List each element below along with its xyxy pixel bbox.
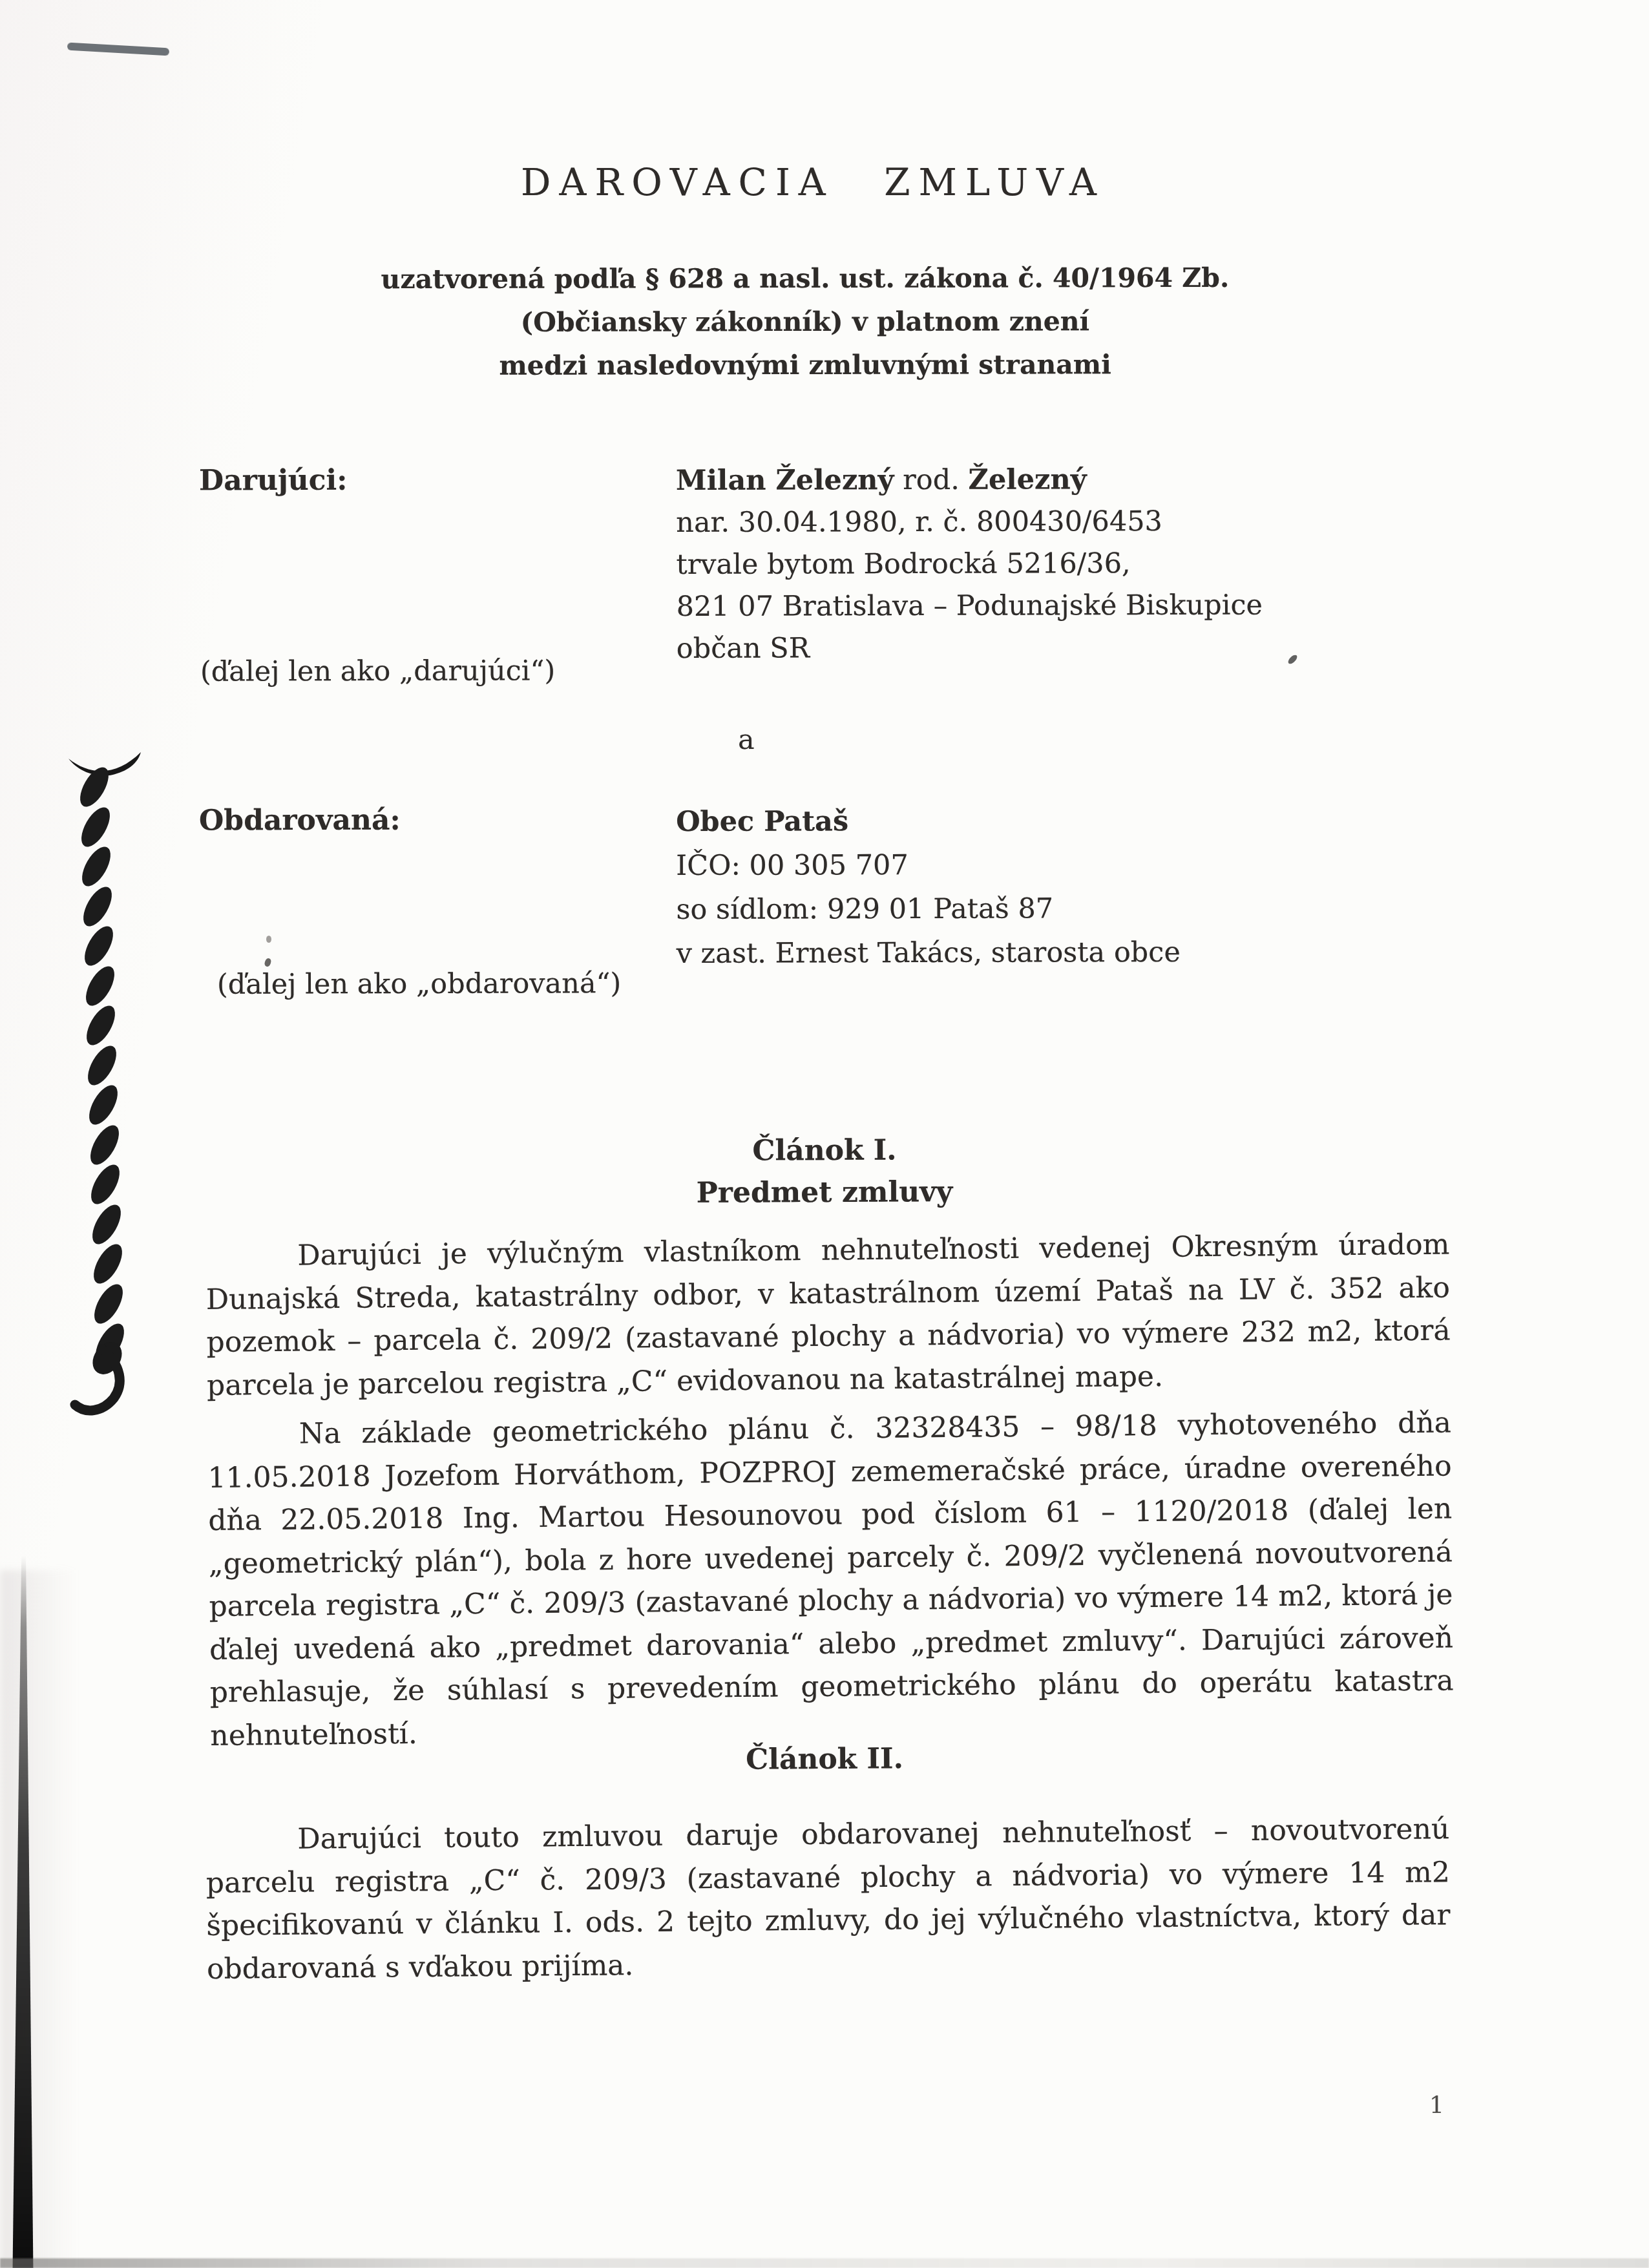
page-number: 1 — [1429, 2092, 1444, 2119]
donor-detail-line: nar. 30.04.1980, r. č. 800430/6453 — [676, 501, 1263, 544]
article-1-paragraph: Darujúci je výlučným vlastníkom nehnuteľ… — [205, 1224, 1451, 1407]
donee-detail-line: IČO: 00 305 707 — [676, 843, 1180, 888]
document-page: DAROVACIA ZMLUVA uzatvorená podľa § 628 … — [0, 0, 1649, 2268]
donor-details: Milan Železný rod. Železný nar. 30.04.19… — [676, 459, 1263, 670]
ink-speck-artifact — [264, 958, 272, 967]
donee-detail-line: so sídlom: 929 01 Pataš 87 — [676, 887, 1180, 932]
donor-label: Darujúci: — [199, 464, 348, 498]
article-1-subheading: Predmet zmluvy — [0, 1172, 1649, 1212]
article-1-paragraph: Na základe geometrického plánu č. 323284… — [207, 1402, 1455, 1758]
contract-title: DAROVACIA ZMLUVA — [0, 160, 1637, 204]
contract-subtitle: uzatvorená podľa § 628 a nasl. ust. záko… — [0, 256, 1630, 388]
subtitle-line: uzatvorená podľa § 628 a nasl. ust. záko… — [0, 256, 1630, 302]
article-2-paragraph: Darujúci touto zmluvou daruje obdarovane… — [205, 1808, 1451, 1991]
scanner-streak-artifact — [67, 43, 169, 56]
article-2-body: Darujúci touto zmluvou daruje obdarovane… — [205, 1808, 1451, 1991]
donee-name: Obec Pataš — [676, 799, 1180, 844]
donee-alias-note: (ďalej len ako „obdarovaná“) — [217, 967, 621, 1001]
conjunction-a: a — [738, 724, 755, 756]
bottom-edge-artifact — [0, 2258, 1649, 2268]
subtitle-line: medzi nasledovnými zmluvnými stranami — [0, 342, 1630, 388]
donor-detail-line: 821 07 Bratislava – Podunajské Biskupice — [677, 585, 1263, 628]
donor-name-line: Milan Železný rod. Železný — [676, 459, 1263, 502]
donee-details: Obec Pataš IČO: 00 305 707 so sídlom: 92… — [676, 799, 1181, 976]
donor-alias-note: (ďalej len ako „darujúci“) — [200, 655, 555, 688]
donor-name-connector: rod. — [903, 464, 960, 496]
article-1-heading: Článok I. — [0, 1130, 1649, 1170]
subtitle-line: (Občiansky zákonník) v platnom znení — [0, 299, 1630, 345]
donor-detail-line: trvale bytom Bodrocká 5216/36, — [676, 543, 1263, 586]
binding-cord-artifact — [56, 743, 152, 1428]
donor-name: Milan Železný — [676, 464, 894, 497]
ink-speck-artifact — [266, 936, 271, 943]
ink-speck-artifact — [1287, 653, 1299, 666]
donor-birth-name: Železný — [968, 463, 1086, 496]
donee-label: Obdarovaná: — [199, 804, 401, 837]
donor-detail-line: občan SR — [677, 627, 1263, 670]
article-1-body: Darujúci je výlučným vlastníkom nehnuteľ… — [205, 1224, 1455, 1758]
donee-detail-line: v zast. Ernest Takács, starosta obce — [677, 930, 1181, 976]
